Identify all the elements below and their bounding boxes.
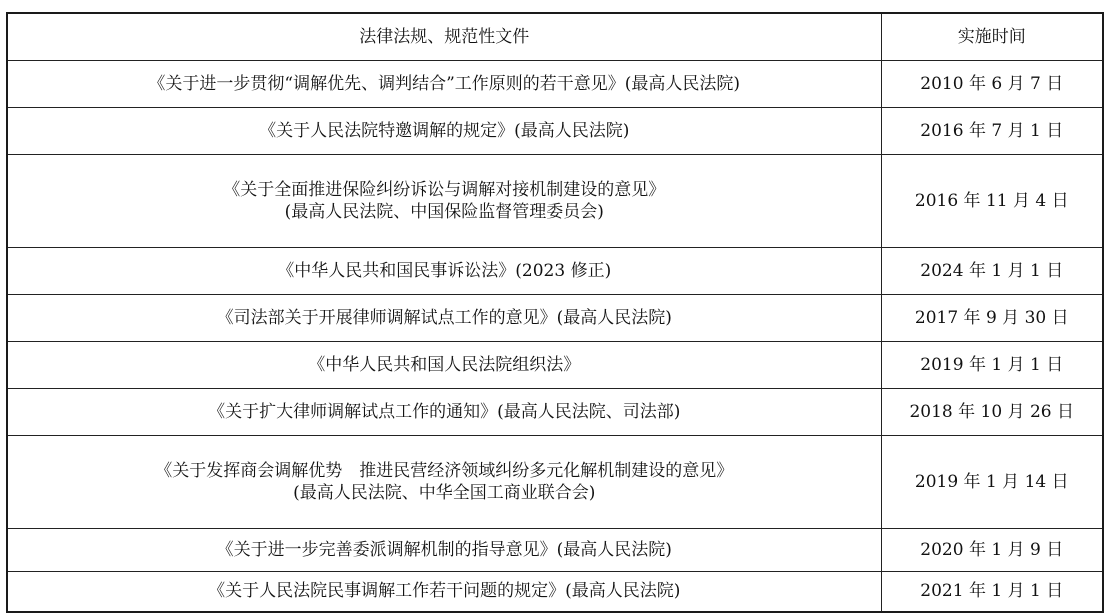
regulations-table: 法律法规、规范性文件 实施时间 《关于进一步贯彻“调解优先、调判结合”工作原则的… [6,12,1104,613]
table-row: 《关于发挥商会调解优势 推进民营经济领域纠纷多元化解机制建设的意见》 (最高人民… [7,435,1103,528]
header-document: 法律法规、规范性文件 [7,13,881,60]
document-cell: 《关于进一步完善委派调解机制的指导意见》(最高人民法院) [7,528,881,571]
document-issuer: (最高人民法院、中国保险监督管理委员会) [14,201,875,223]
table-row: 《司法部关于开展律师调解试点工作的意见》(最高人民法院) 2017 年 9 月 … [7,294,1103,341]
document-cell: 《中华人民共和国人民法院组织法》 [7,341,881,388]
date-cell: 2024 年 1 月 1 日 [881,247,1103,294]
table-row: 《中华人民共和国人民法院组织法》 2019 年 1 月 1 日 [7,341,1103,388]
document-cell: 《关于扩大律师调解试点工作的通知》(最高人民法院、司法部) [7,388,881,435]
date-cell: 2020 年 1 月 9 日 [881,528,1103,571]
document-cell: 《关于进一步贯彻“调解优先、调判结合”工作原则的若干意见》(最高人民法院) [7,60,881,107]
date-cell: 2019 年 1 月 1 日 [881,341,1103,388]
document-issuer: (最高人民法院、中华全国工商业联合会) [14,482,875,504]
table-row: 《关于扩大律师调解试点工作的通知》(最高人民法院、司法部) 2018 年 10 … [7,388,1103,435]
document-cell: 《司法部关于开展律师调解试点工作的意见》(最高人民法院) [7,294,881,341]
date-cell: 2016 年 7 月 1 日 [881,107,1103,154]
document-cell: 《中华人民共和国民事诉讼法》(2023 修正) [7,247,881,294]
table-row: 《中华人民共和国民事诉讼法》(2023 修正) 2024 年 1 月 1 日 [7,247,1103,294]
date-cell: 2018 年 10 月 26 日 [881,388,1103,435]
table-row: 《关于人民法院民事调解工作若干问题的规定》(最高人民法院) 2021 年 1 月… [7,571,1103,612]
document-cell: 《关于人民法院民事调解工作若干问题的规定》(最高人民法院) [7,571,881,612]
date-cell: 2019 年 1 月 14 日 [881,435,1103,528]
document-title: 《关于发挥商会调解优势 推进民营经济领域纠纷多元化解机制建设的意见》 [14,460,875,482]
document-title: 《关于全面推进保险纠纷诉讼与调解对接机制建设的意见》 [14,179,875,201]
date-cell: 2016 年 11 月 4 日 [881,154,1103,247]
document-cell: 《关于人民法院特邀调解的规定》(最高人民法院) [7,107,881,154]
date-cell: 2010 年 6 月 7 日 [881,60,1103,107]
table-row: 《关于人民法院特邀调解的规定》(最高人民法院) 2016 年 7 月 1 日 [7,107,1103,154]
table-header-row: 法律法规、规范性文件 实施时间 [7,13,1103,60]
table-row: 《关于进一步完善委派调解机制的指导意见》(最高人民法院) 2020 年 1 月 … [7,528,1103,571]
document-cell: 《关于发挥商会调解优势 推进民营经济领域纠纷多元化解机制建设的意见》 (最高人民… [7,435,881,528]
date-cell: 2021 年 1 月 1 日 [881,571,1103,612]
date-cell: 2017 年 9 月 30 日 [881,294,1103,341]
document-cell: 《关于全面推进保险纠纷诉讼与调解对接机制建设的意见》 (最高人民法院、中国保险监… [7,154,881,247]
table-row: 《关于全面推进保险纠纷诉讼与调解对接机制建设的意见》 (最高人民法院、中国保险监… [7,154,1103,247]
table-row: 《关于进一步贯彻“调解优先、调判结合”工作原则的若干意见》(最高人民法院) 20… [7,60,1103,107]
header-effective-date: 实施时间 [881,13,1103,60]
